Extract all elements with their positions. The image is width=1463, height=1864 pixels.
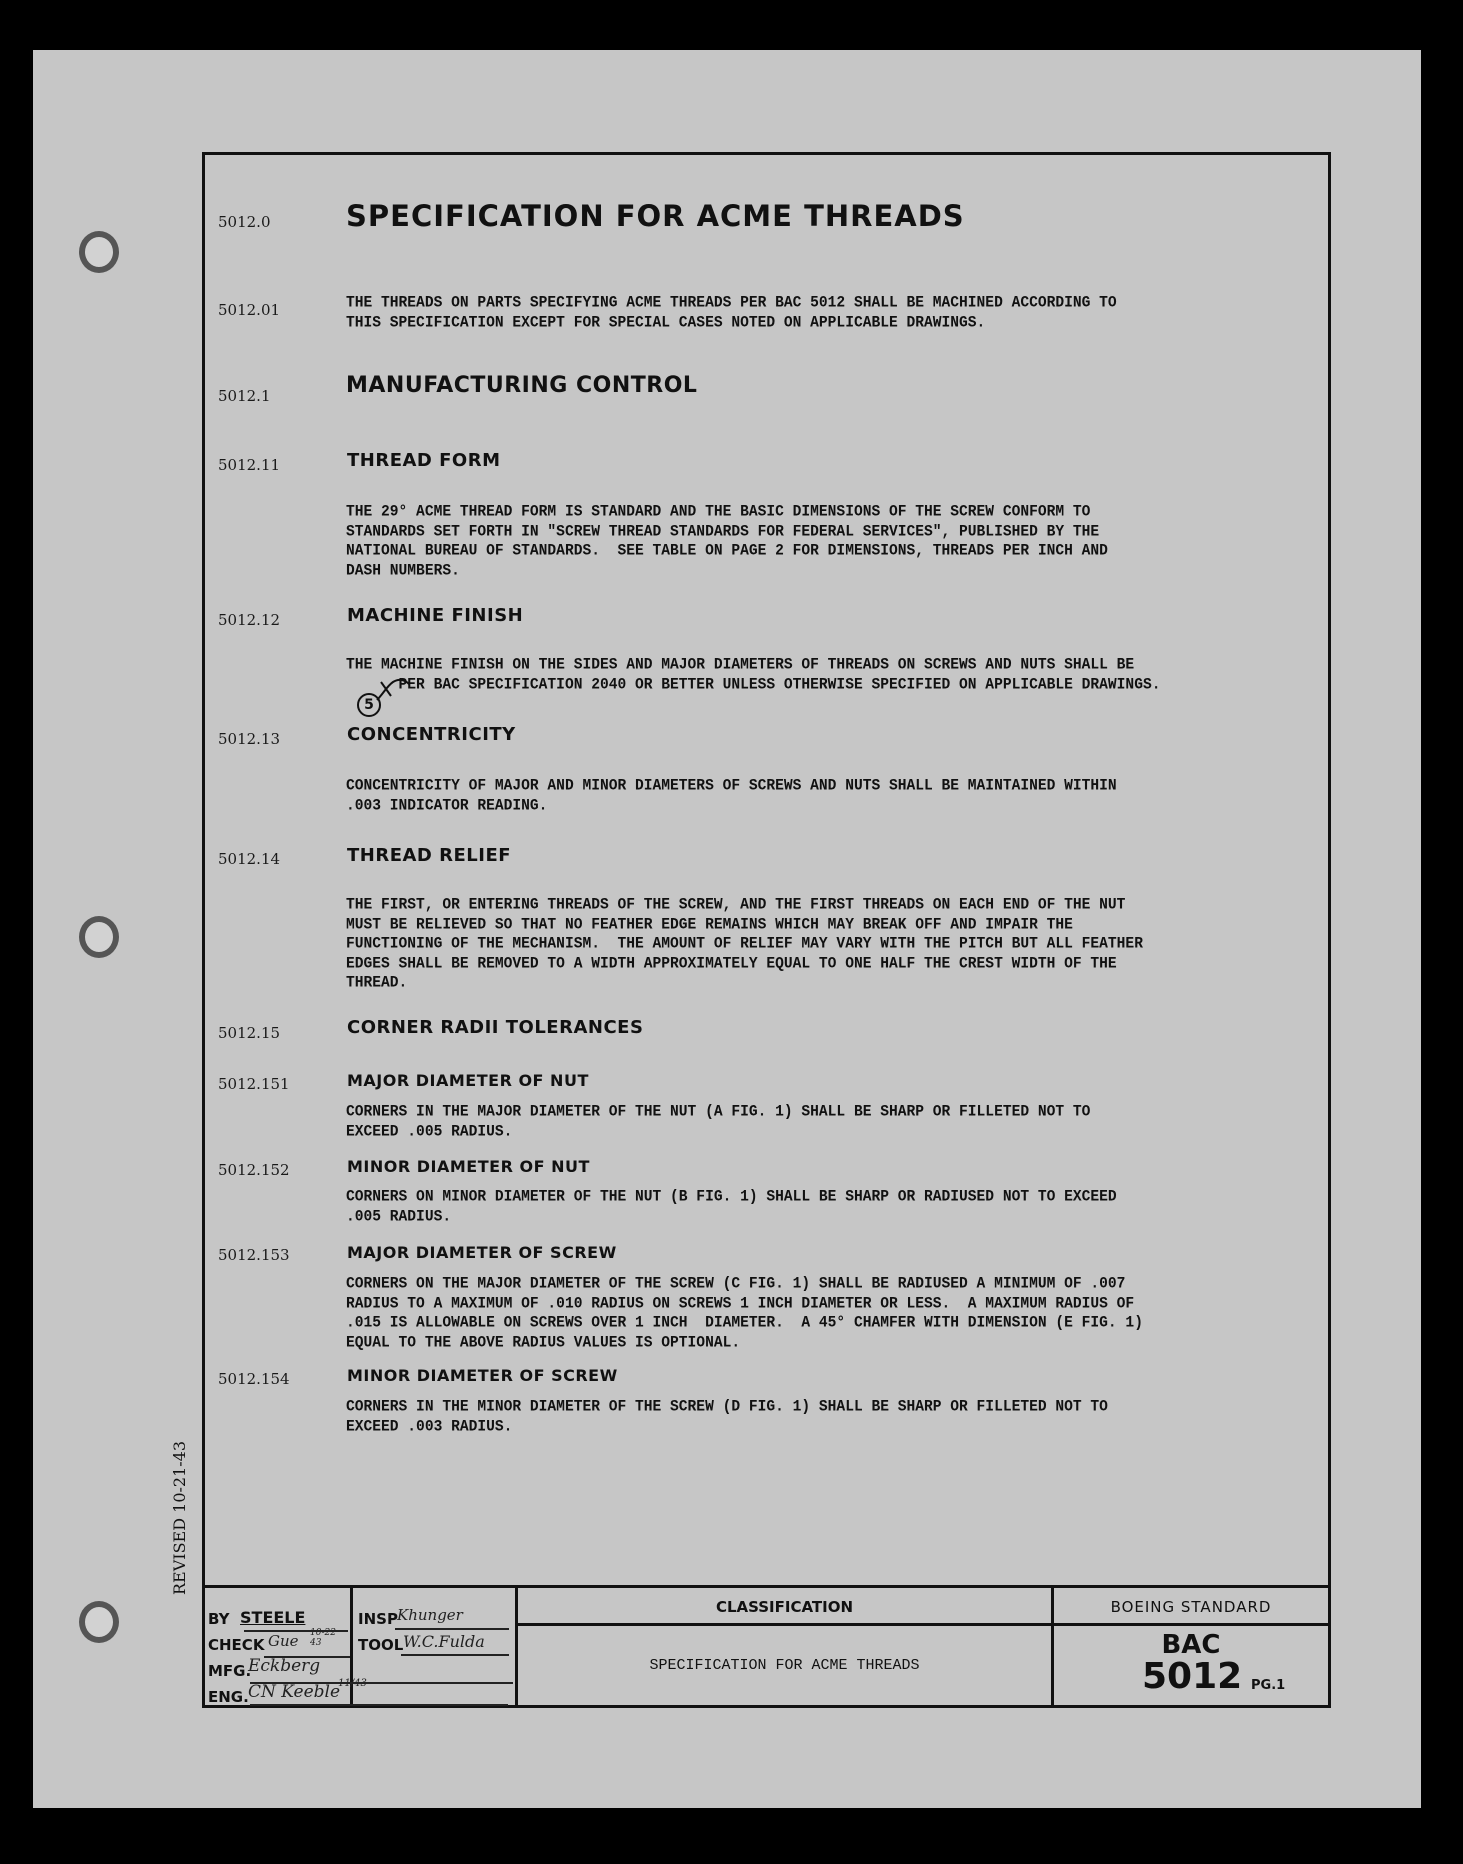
classification-label: CLASSIFICATION: [518, 1588, 1051, 1626]
section-heading: MANUFACTURING CONTROL: [346, 373, 697, 398]
section-number: 5012.13: [218, 730, 280, 748]
standard-cell: BOEING STANDARD BAC 5012 PG.1: [1054, 1588, 1331, 1708]
section-number: 5012.153: [218, 1246, 290, 1264]
section-body: CORNERS ON THE MAJOR DIAMETER OF THE SCR…: [346, 1275, 1143, 1353]
section-number: 5012.151: [218, 1075, 290, 1093]
tool-label: TOOL: [358, 1636, 403, 1654]
section-body: THE 29° ACME THREAD FORM IS STANDARD AND…: [346, 503, 1108, 581]
section-number: 5012.152: [218, 1161, 290, 1179]
section-heading: MINOR DIAMETER OF NUT: [347, 1157, 590, 1176]
section-heading: THREAD RELIEF: [347, 845, 511, 866]
mfg-signature: Eckberg: [248, 1656, 320, 1676]
section-body: THE MACHINE FINISH ON THE SIDES AND MAJO…: [346, 656, 1160, 695]
section-number: 5012.11: [218, 456, 280, 474]
binder-hole-top: [79, 231, 119, 273]
eng-label: ENG.: [208, 1688, 249, 1706]
by-label: BY: [208, 1610, 229, 1628]
check-label: CHECK: [208, 1636, 264, 1654]
section-heading: MAJOR DIAMETER OF NUT: [347, 1071, 589, 1090]
by-value: STEELE: [240, 1608, 305, 1627]
section-number: 5012.0: [218, 213, 271, 231]
insp-label: INSP: [358, 1610, 398, 1628]
insp-signature: Khunger: [397, 1606, 463, 1624]
section-body: CORNERS ON MINOR DIAMETER OF THE NUT (B …: [346, 1188, 1117, 1227]
revision-date: REVISED 10-21-43: [170, 1441, 189, 1595]
mfg-label: MFG.: [208, 1662, 251, 1680]
section-heading: CONCENTRICITY: [347, 724, 516, 745]
classification-value: SPECIFICATION FOR ACME THREADS: [518, 1626, 1051, 1706]
inspection-cell: INSP Khunger TOOL W.C.Fulda: [353, 1588, 518, 1708]
revision-check-icon: [375, 676, 411, 704]
section-body: THE THREADS ON PARTS SPECIFYING ACME THR…: [346, 294, 1117, 333]
section-body: CONCENTRICITY OF MAJOR AND MINOR DIAMETE…: [346, 777, 1117, 816]
section-heading: CORNER RADII TOLERANCES: [347, 1017, 643, 1038]
document-title: SPECIFICATION FOR ACME THREADS: [346, 199, 965, 233]
section-number: 5012.12: [218, 611, 280, 629]
section-heading: MACHINE FINISH: [347, 605, 523, 626]
page-number: PG.1: [1251, 1678, 1285, 1693]
section-body: THE FIRST, OR ENTERING THREADS OF THE SC…: [346, 896, 1143, 993]
binder-hole-bottom: [79, 1601, 119, 1643]
check-signature: Gue: [268, 1632, 299, 1650]
section-body: CORNERS IN THE MINOR DIAMETER OF THE SCR…: [346, 1398, 1108, 1437]
section-number: 5012.15: [218, 1024, 280, 1042]
section-heading: MAJOR DIAMETER OF SCREW: [347, 1243, 617, 1262]
standard-label: BOEING STANDARD: [1054, 1588, 1328, 1626]
tool-signature: W.C.Fulda: [403, 1632, 485, 1651]
section-number: 5012.01: [218, 301, 280, 319]
section-number: 5012.14: [218, 850, 280, 868]
title-block: BY STEELE CHECK Gue 10-22 43 MFG. Eckber…: [202, 1585, 1331, 1708]
section-heading: THREAD FORM: [347, 450, 501, 471]
classification-cell: CLASSIFICATION SPECIFICATION FOR ACME TH…: [518, 1588, 1054, 1708]
doc-number: 5012: [1142, 1656, 1242, 1697]
section-body: CORNERS IN THE MAJOR DIAMETER OF THE NUT…: [346, 1103, 1090, 1142]
section-number: 5012.1: [218, 387, 271, 405]
section-heading: MINOR DIAMETER OF SCREW: [347, 1366, 618, 1385]
section-number: 5012.154: [218, 1370, 290, 1388]
binder-hole-middle: [79, 916, 119, 958]
eng-signature: CN Keeble: [248, 1682, 340, 1702]
